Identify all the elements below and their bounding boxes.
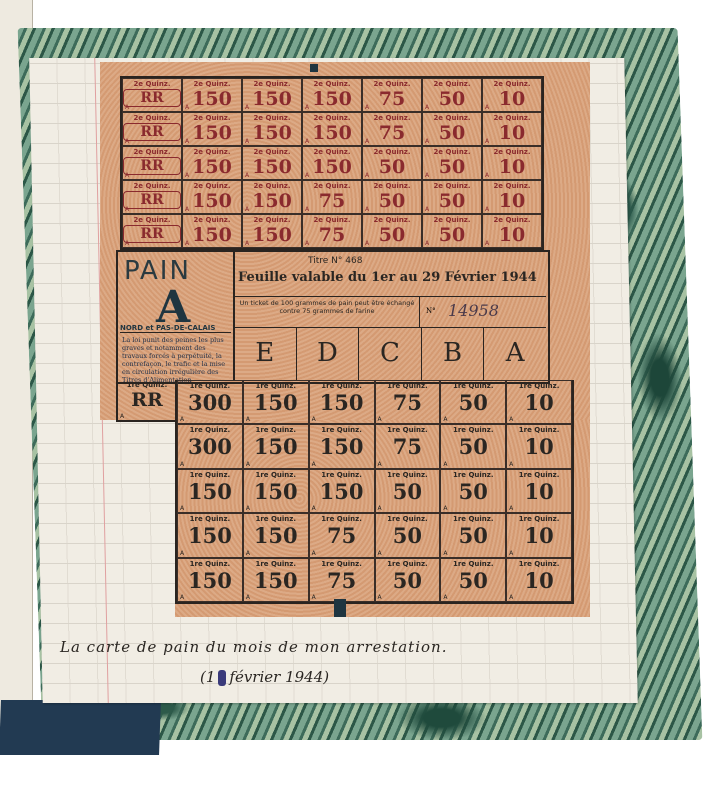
series-mark: A (245, 172, 249, 179)
coupon-cell: 2e Quinz.50A (422, 180, 482, 214)
coupon-cell: 1re Quinz.150A (243, 513, 309, 557)
coupon-value: 50 (363, 225, 421, 245)
series-mark: A (425, 240, 429, 247)
coupon-cell: 1re Quinz.10A (506, 424, 572, 468)
coupon-value: 150 (303, 89, 361, 109)
series-mark: A (185, 240, 189, 247)
coupon-value: 150 (244, 524, 308, 548)
coupon-value: 50 (423, 191, 481, 211)
coupon-label: 2e Quinz. (123, 182, 181, 191)
coupon-cell: 2e Quinz.10A (482, 180, 542, 214)
caption-date: février 1944) (229, 668, 329, 686)
coupon-cell: 1re Quinz.150A (309, 424, 375, 468)
coupon-value: 50 (441, 524, 505, 548)
coupon-value: 75 (303, 191, 361, 211)
coupon-cell: 2e Quinz.RRA (122, 180, 182, 214)
series-mark: A (305, 104, 309, 111)
series-mark: A (312, 550, 316, 557)
series-mark: A (125, 206, 129, 213)
coupon-cell: 1re Quinz.150A (243, 469, 309, 513)
coupon-value: 10 (483, 89, 541, 109)
serial-box: N° 14958 (419, 297, 546, 327)
series-mark: A (312, 594, 316, 601)
coupon-cell: 2e Quinz.150A (182, 214, 242, 248)
series-mark: A (245, 138, 249, 145)
coupon-value: RR (123, 157, 181, 175)
coupon-cell: 2e Quinz.10A (482, 78, 542, 112)
coupon-value: 150 (310, 480, 374, 504)
series-mark: A (312, 416, 316, 423)
coupon-cell: 1re Quinz.50A (440, 380, 506, 424)
caption-open: (1 (200, 668, 215, 686)
series-mark: A (185, 206, 189, 213)
second-fortnight-coupon-grid: 2e Quinz.RRA2e Quinz.150A2e Quinz.150A2e… (120, 76, 544, 250)
series-mark: A (443, 461, 447, 468)
coupon-value: 50 (363, 191, 421, 211)
series-mark: A (180, 461, 184, 468)
coupon-cell: 1re Quinz.10A (506, 513, 572, 557)
handwritten-caption-line2: (1février 1944) (200, 668, 329, 686)
coupon-value: 150 (183, 89, 241, 109)
coupon-cell: 2e Quinz.75A (362, 112, 422, 146)
coupon-value: 150 (178, 524, 242, 548)
coupon-value: 150 (183, 191, 241, 211)
coupon-value: 150 (243, 89, 301, 109)
coupon-cell: 2e Quinz.150A (182, 146, 242, 180)
coupon-value: 10 (507, 569, 571, 593)
coupon-value: 50 (423, 89, 481, 109)
coupon-cell: 2e Quinz.150A (242, 112, 302, 146)
coupon-label: 2e Quinz. (123, 148, 181, 157)
coupon-cell: 2e Quinz.RRA (122, 112, 182, 146)
coupon-value: 10 (507, 435, 571, 459)
series-mark: A (246, 505, 250, 512)
coupon-cell: 1re Quinz.10A (506, 558, 572, 602)
coupon-value: 150 (303, 157, 361, 177)
series-mark: A (125, 138, 129, 145)
coupon-value: 150 (244, 569, 308, 593)
letter-b: B (421, 327, 484, 380)
coupon-cell: 2e Quinz.150A (302, 146, 362, 180)
coupon-value: 50 (441, 569, 505, 593)
coupon-cell: 1re Quinz.10A (506, 469, 572, 513)
ticket-exchange-info: Un ticket de 100 grammes de pain peut êt… (237, 299, 417, 315)
series-mark: A (443, 416, 447, 423)
coupon-cell: 1re Quinz.50A (375, 558, 441, 602)
coupon-value: 150 (310, 435, 374, 459)
series-mark: A (305, 206, 309, 213)
series-mark: A (365, 104, 369, 111)
legal-notice: La loi punit des peines les plus graves … (122, 336, 230, 384)
pain-category-box: PAIN A NORD et PAS-DE-CALAIS La loi puni… (118, 252, 235, 380)
coupon-value: 50 (441, 435, 505, 459)
coupon-value: 50 (423, 157, 481, 177)
coupon-cell: 2e Quinz.75A (302, 214, 362, 248)
series-mark: A (245, 206, 249, 213)
letter-e: E (233, 327, 296, 380)
coupon-cell: 2e Quinz.150A (182, 112, 242, 146)
coupon-value: 50 (376, 480, 440, 504)
series-mark: A (485, 172, 489, 179)
coupon-cell: 2e Quinz.50A (422, 78, 482, 112)
coupon-value: 150 (244, 391, 308, 415)
coupon-value: 150 (243, 157, 301, 177)
coupon-value: 50 (376, 569, 440, 593)
coupon-cell: 2e Quinz.150A (242, 214, 302, 248)
series-mark: A (485, 240, 489, 247)
coupon-cell: 1re Quinz.300A (177, 424, 243, 468)
series-mark: A (365, 206, 369, 213)
rr-coupon-first-fortnight: 1re Quinz. RR A (116, 380, 178, 422)
series-mark: A (245, 240, 249, 247)
coupon-value: 75 (310, 569, 374, 593)
series-mark: A (305, 138, 309, 145)
coupon-value: 75 (376, 391, 440, 415)
coupon-cell: 1re Quinz.150A (177, 469, 243, 513)
coupon-cell: 2e Quinz.10A (482, 146, 542, 180)
coupon-cell: 1re Quinz.75A (309, 513, 375, 557)
coupon-cell: 2e Quinz.75A (302, 180, 362, 214)
coupon-cell: 1re Quinz.150A (309, 380, 375, 424)
notebook-spine (0, 700, 161, 755)
coupon-cell: 2e Quinz.RRA (122, 146, 182, 180)
series-mark: A (180, 594, 184, 601)
coupon-cell: 1re Quinz.150A (177, 558, 243, 602)
series-mark: A (312, 461, 316, 468)
coupon-value: 150 (303, 123, 361, 143)
coupon-cell: 2e Quinz.10A (482, 112, 542, 146)
coupon-value: 150 (178, 480, 242, 504)
coupon-value: 10 (507, 524, 571, 548)
coupon-cell: 2e Quinz.150A (242, 78, 302, 112)
series-mark: A (365, 172, 369, 179)
coupon-cell: 2e Quinz.150A (302, 78, 362, 112)
series-mark: A (185, 172, 189, 179)
series-mark: A (245, 104, 249, 111)
coupon-value: 50 (376, 524, 440, 548)
coupon-cell: 1re Quinz.50A (440, 469, 506, 513)
coupon-value: 150 (178, 569, 242, 593)
coupon-value: 300 (178, 435, 242, 459)
coupon-value: 150 (244, 435, 308, 459)
coupon-value: 75 (376, 435, 440, 459)
series-mark: A (120, 413, 124, 420)
series-mark: A (125, 240, 129, 247)
coupon-value: RR (118, 390, 176, 410)
coupon-value: 150 (310, 391, 374, 415)
series-mark: A (485, 138, 489, 145)
bread-ration-card: 2e Quinz.RRA2e Quinz.150A2e Quinz.150A2e… (100, 62, 590, 617)
coupon-cell: 2e Quinz.50A (422, 112, 482, 146)
coupon-value: 150 (243, 225, 301, 245)
coupon-value: 150 (183, 157, 241, 177)
coupon-cell: 2e Quinz.150A (242, 146, 302, 180)
coupon-cell: 1re Quinz.75A (375, 424, 441, 468)
coupon-value: 50 (423, 123, 481, 143)
coupon-cell: 2e Quinz.150A (182, 78, 242, 112)
coupon-value: 50 (441, 391, 505, 415)
coupon-cell: 2e Quinz.150A (242, 180, 302, 214)
coupon-value: 10 (483, 157, 541, 177)
letter-d: D (296, 327, 359, 380)
series-mark: A (185, 138, 189, 145)
card-header: PAIN A NORD et PAS-DE-CALAIS La loi puni… (116, 250, 550, 384)
coupon-value: 75 (310, 524, 374, 548)
region-label: NORD et PAS-DE-CALAIS (120, 324, 231, 333)
coupon-cell: 1re Quinz.50A (375, 513, 441, 557)
binding-tab-top (310, 64, 318, 72)
coupon-value: 150 (244, 480, 308, 504)
titre-number: Titre N° 468 (308, 256, 362, 266)
coupon-cell: 2e Quinz.50A (362, 214, 422, 248)
coupon-value: RR (123, 225, 181, 243)
series-mark: A (312, 505, 316, 512)
coupon-value: 150 (183, 123, 241, 143)
series-mark: A (509, 505, 513, 512)
series-mark: A (246, 550, 250, 557)
coupon-value: 10 (507, 480, 571, 504)
coupon-cell: 2e Quinz.50A (362, 146, 422, 180)
series-mark: A (125, 172, 129, 179)
series-mark: A (180, 416, 184, 423)
coupon-cell: 2e Quinz.50A (422, 214, 482, 248)
series-mark: A (509, 416, 513, 423)
coupon-value: RR (123, 191, 181, 209)
coupon-cell: 1re Quinz.50A (375, 469, 441, 513)
coupon-cell: 2e Quinz.10A (482, 214, 542, 248)
series-mark: A (425, 172, 429, 179)
coupon-cell: 2e Quinz.150A (182, 180, 242, 214)
coupon-value: 75 (363, 123, 421, 143)
series-mark: A (485, 206, 489, 213)
series-mark: A (378, 461, 382, 468)
coupon-cell: 1re Quinz.50A (440, 513, 506, 557)
coupon-cell: 1re Quinz.150A (309, 469, 375, 513)
series-mark: A (443, 505, 447, 512)
series-mark: A (305, 240, 309, 247)
coupon-value: 150 (243, 191, 301, 211)
series-mark: A (365, 240, 369, 247)
column-letters: E D C B A (233, 327, 546, 380)
coupon-label: 2e Quinz. (123, 114, 181, 123)
series-mark: A (425, 104, 429, 111)
series-mark: A (425, 206, 429, 213)
series-mark: A (509, 550, 513, 557)
series-mark: A (378, 550, 382, 557)
series-mark: A (246, 461, 250, 468)
serial-label: N° (426, 307, 436, 315)
coupon-cell: 2e Quinz.50A (422, 146, 482, 180)
first-fortnight-coupon-grid: 1re Quinz.300A1re Quinz.150A1re Quinz.15… (175, 380, 574, 604)
binding-tab-bottom (334, 599, 346, 617)
coupon-value: 150 (183, 225, 241, 245)
coupon-value: 50 (441, 480, 505, 504)
series-mark: A (485, 104, 489, 111)
coupon-cell: 2e Quinz.RRA (122, 78, 182, 112)
coupon-value: 50 (423, 225, 481, 245)
letter-c: C (358, 327, 421, 380)
coupon-label: 2e Quinz. (123, 216, 181, 225)
coupon-cell: 2e Quinz.50A (362, 180, 422, 214)
coupon-cell: 1re Quinz.150A (243, 380, 309, 424)
series-mark: A (378, 594, 382, 601)
coupon-value: 10 (483, 191, 541, 211)
letter-a: A (483, 327, 546, 380)
series-mark: A (246, 594, 250, 601)
coupon-cell: 1re Quinz.150A (177, 513, 243, 557)
series-mark: A (185, 104, 189, 111)
series-mark: A (443, 594, 447, 601)
series-mark: A (509, 461, 513, 468)
coupon-value: 75 (363, 89, 421, 109)
coupon-value: 75 (303, 225, 361, 245)
coupon-cell: 2e Quinz.150A (302, 112, 362, 146)
coupon-cell: 1re Quinz.150A (243, 558, 309, 602)
coupon-value: 300 (178, 391, 242, 415)
coupon-cell: 1re Quinz.50A (440, 424, 506, 468)
coupon-cell: 1re Quinz.10A (506, 380, 572, 424)
coupon-cell: 1re Quinz.50A (440, 558, 506, 602)
series-mark: A (365, 138, 369, 145)
series-mark: A (125, 104, 129, 111)
coupon-value: RR (123, 123, 181, 141)
series-mark: A (378, 416, 382, 423)
coupon-cell: 1re Quinz.75A (375, 380, 441, 424)
series-mark: A (180, 505, 184, 512)
coupon-label: 2e Quinz. (123, 80, 181, 89)
series-mark: A (443, 550, 447, 557)
coupon-cell: 1re Quinz.300A (177, 380, 243, 424)
series-mark: A (425, 138, 429, 145)
coupon-value: 10 (507, 391, 571, 415)
coupon-cell: 2e Quinz.75A (362, 78, 422, 112)
coupon-value: RR (123, 89, 181, 107)
series-mark: A (180, 550, 184, 557)
series-mark: A (378, 505, 382, 512)
handwritten-caption-line1: La carte de pain du mois de mon arrestat… (60, 638, 447, 656)
serial-number: 14958 (448, 301, 499, 320)
coupon-value: 10 (483, 225, 541, 245)
series-mark: A (509, 594, 513, 601)
coupon-cell: 2e Quinz.RRA (122, 214, 182, 248)
series-mark: A (246, 416, 250, 423)
ink-blot (218, 670, 226, 686)
series-mark: A (305, 172, 309, 179)
info-row: Un ticket de 100 grammes de pain peut êt… (233, 296, 546, 328)
coupon-value: 50 (363, 157, 421, 177)
coupon-cell: 1re Quinz.75A (309, 558, 375, 602)
validity-period: Feuille valable du 1er au 29 Février 194… (238, 270, 537, 285)
coupon-cell: 1re Quinz.150A (243, 424, 309, 468)
coupon-value: 150 (243, 123, 301, 143)
coupon-value: 10 (483, 123, 541, 143)
